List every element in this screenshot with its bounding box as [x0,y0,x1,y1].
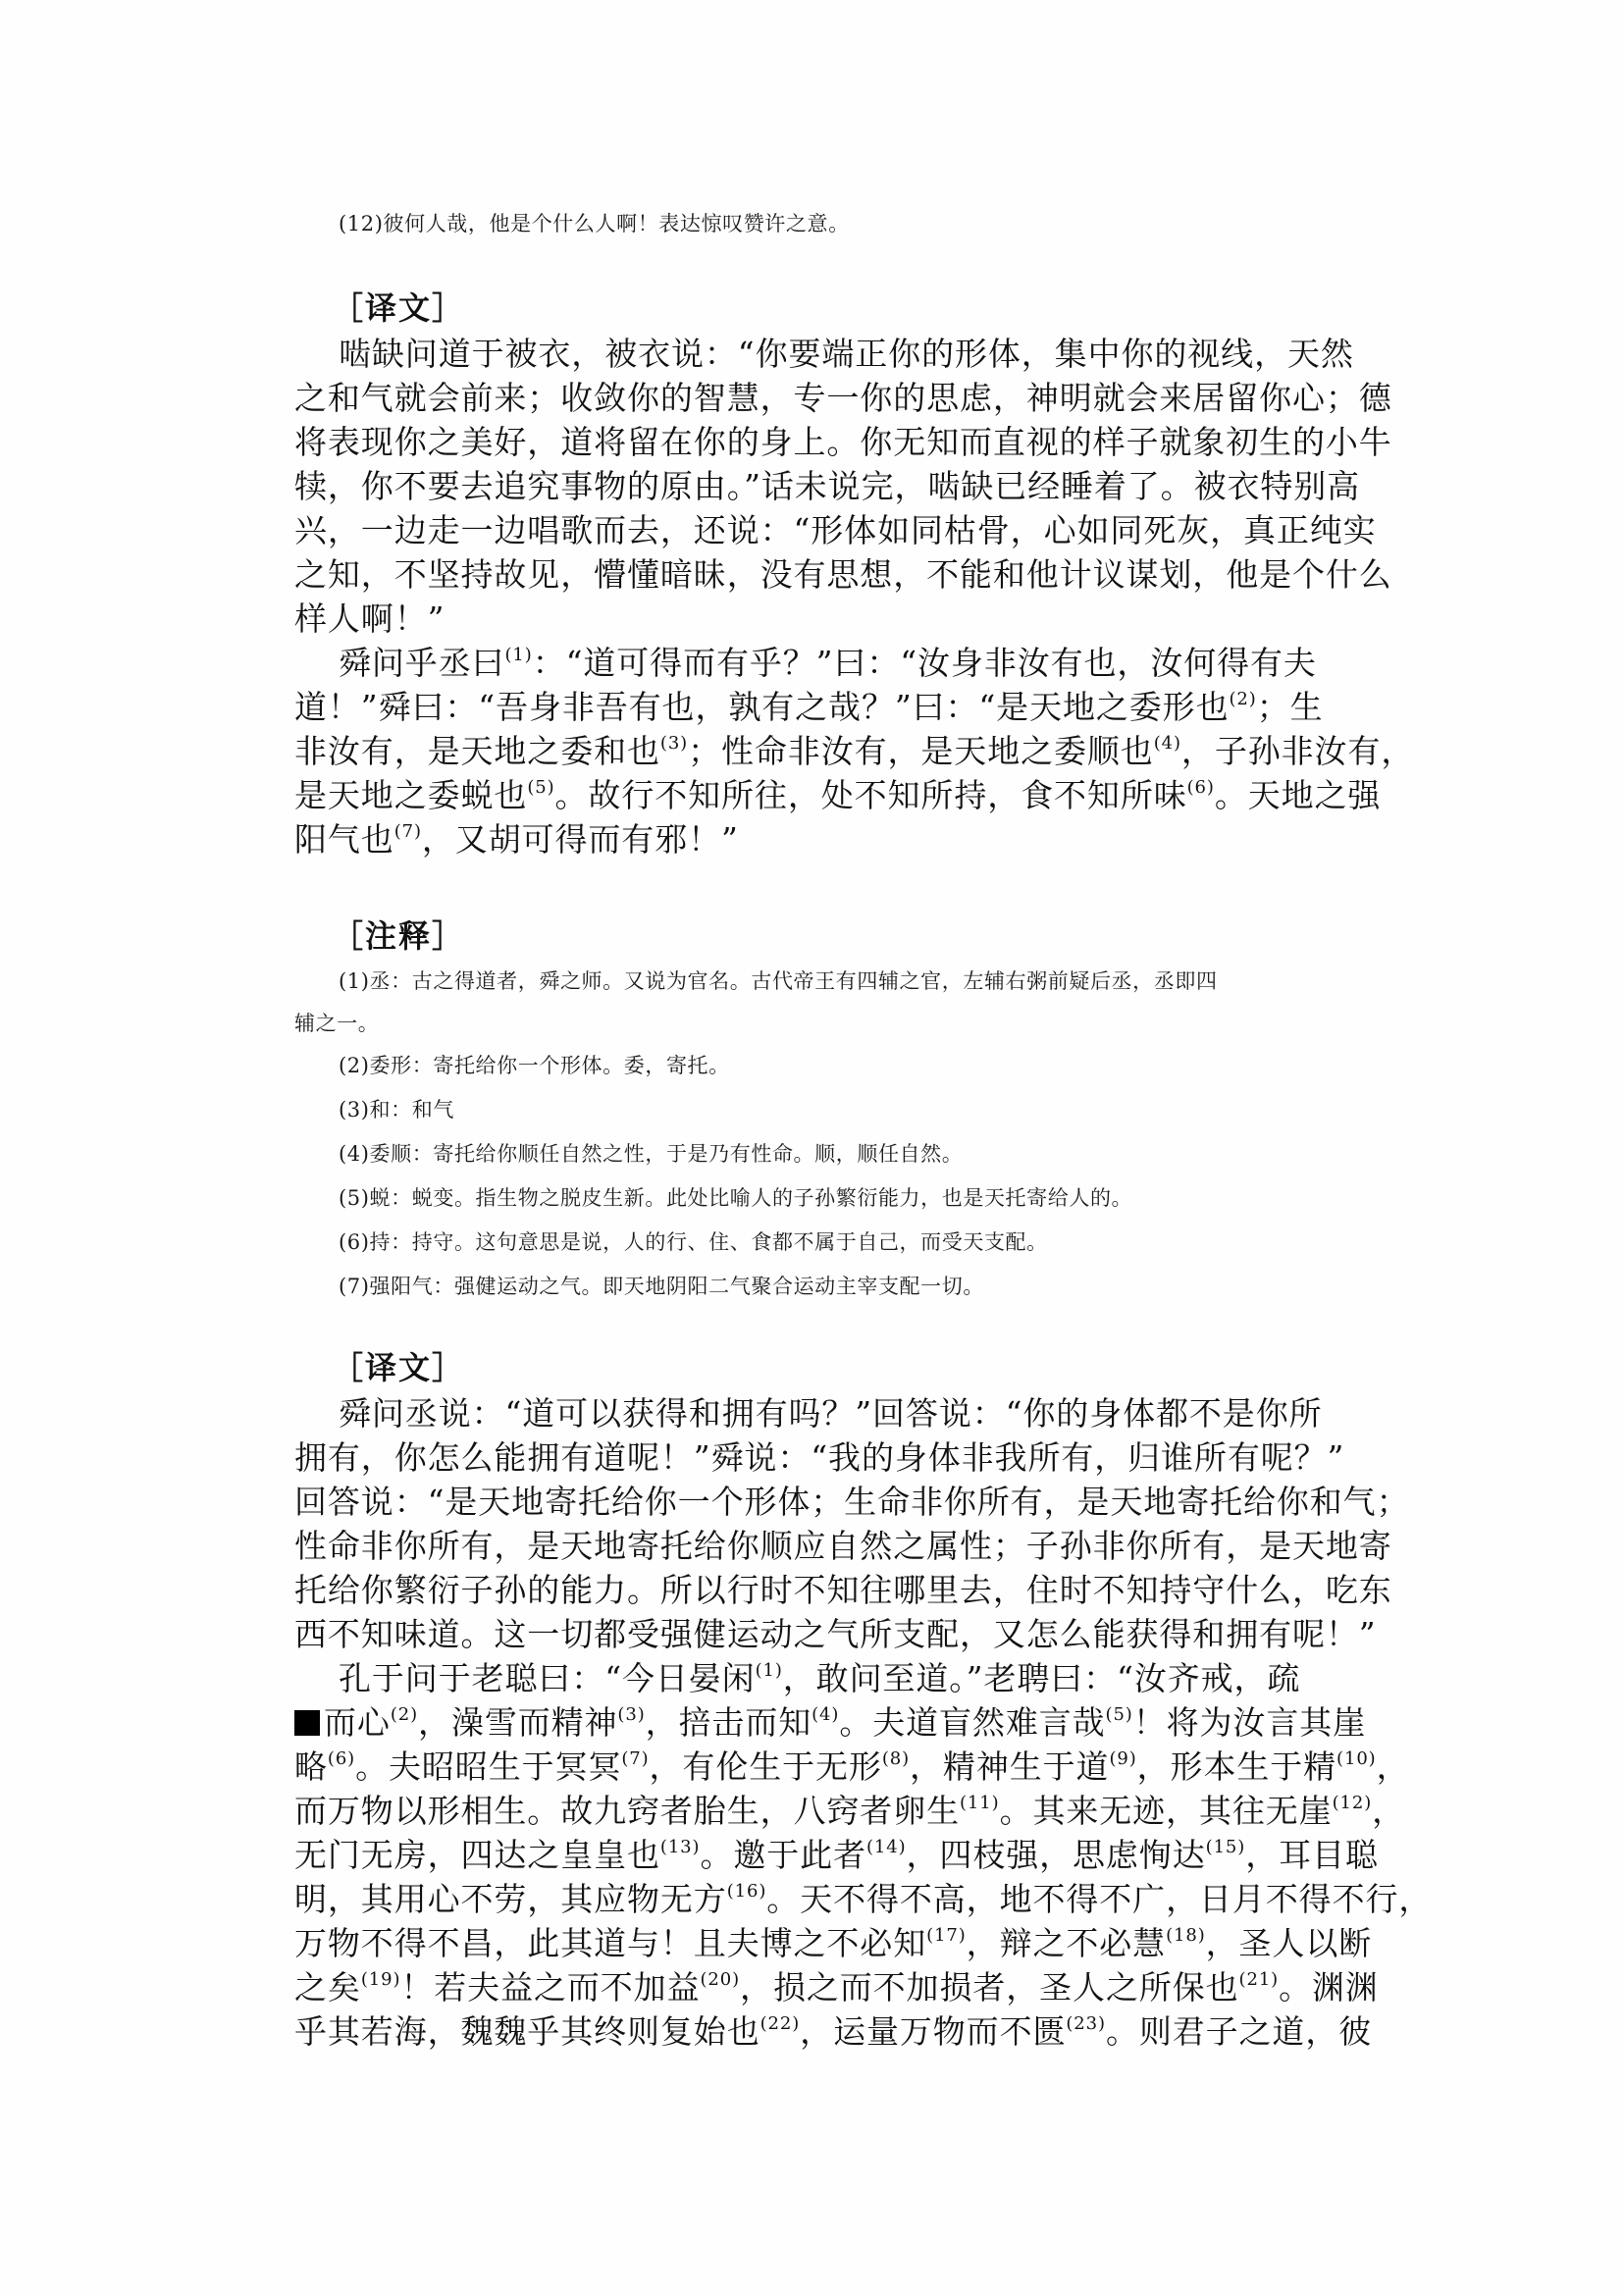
translation-1-line: 兴，一边走一边唱歌而去，还说：“形体如同枯骨，心如同死灰，真正纯实 [294,514,1354,547]
footnote-marker: (4) [1154,733,1181,754]
original-text-line: 道！”舜曰：“吾身非吾有也，孰有之哉？”曰：“是天地之委形也(2)；生 [294,691,1354,723]
footnote-marker: (22) [760,2013,801,2034]
section-heading-translation-2: ［译文］ [332,1352,1391,1383]
section-heading-translation-1: ［译文］ [332,292,1391,324]
footnote-marker: (3) [617,1704,645,1725]
footnote-marker: (5) [527,777,554,798]
footnote-marker: (3) [660,733,688,754]
footnote-marker: (7) [621,1748,649,1769]
footnote-marker: (5) [1106,1704,1133,1725]
footnote-marker: (9) [1109,1748,1136,1769]
original-text-line: 而心(2)，澡雪而精神(3)，掊击而知(4)。夫道盲然难言哉(5)！将为汝言其崖 [294,1706,1354,1739]
translation-1-line: 之知，不坚持故见，懵懂暗昧，没有思想，不能和他计议谋划，他是个什么 [294,558,1354,591]
footnote-marker: (23) [1066,2013,1106,2034]
translation-2-line: 回答说：“是天地寄托给你一个形体；生命非你所有，是天地寄托给你和气； [294,1486,1354,1518]
footnote-marker: (11) [960,1793,1000,1813]
original-text-line: 无门无房，四达之皇皇也(13)。邀于此者(14)，四枝强，思虑恂达(15)，耳目… [294,1839,1354,1871]
footnote-marker: (6) [328,1748,355,1769]
note-item-continuation: 辅之一。 [294,1014,1354,1034]
original-text-line: 舜问乎丞曰(1)：“道可得而有乎？”曰：“汝身非汝有也，汝何得有夫 [339,647,1398,679]
translation-2-line: 性命非你所有，是天地寄托给你顺应自然之属性；子孙非你所有，是天地寄 [294,1530,1354,1562]
note-item: (6)持：持守。这句意思是说，人的行、住、食都不属于自己，而受天支配。 [339,1232,1398,1253]
footnote-marker: (1) [756,1660,783,1681]
original-text-line: 非汝有，是天地之委和也(3)；性命非汝有，是天地之委顺也(4)，子孙非汝有， [294,735,1354,767]
footnote-marker: (19) [361,1969,401,1990]
note-item: (5)蜕：蜕变。指生物之脱皮生新。此处比喻人的子孙繁衍能力，也是天托寄给人的。 [339,1188,1398,1209]
footnote-marker: (8) [882,1748,910,1769]
translation-1-line: 样人啊！” [294,602,1354,635]
footnote-marker: (7) [394,821,422,842]
footnote-marker: (6) [1187,777,1215,798]
footnote-marker: (20) [700,1969,740,1990]
footnote-marker: (2) [391,1704,418,1725]
footnote-marker: (18) [1166,1925,1206,1946]
footnote-marker: (10) [1336,1748,1377,1769]
translation-2-line: 拥有，你怎么能拥有道呢！”舜说：“我的身体非我所有，归谁所有呢？” [294,1441,1354,1474]
translation-1-line: 之和气就会前来；收敛你的智慧，专一你的思虑，神明就会来居留你心；德 [294,382,1354,414]
translation-1-line: 啮缺问道于被衣，被衣说：“你要端正你的形体，集中你的视线，天然 [339,338,1398,370]
footnote-marker: (21) [1239,1969,1280,1990]
note-item: (4)委顺：寄托给你顺任自然之性，于是乃有性命。顺，顺任自然。 [339,1144,1398,1165]
footnote-12: (12)彼何人哉，他是个什么人啊！表达惊叹赞许之意。 [339,214,1398,235]
original-text-line: 略(6)。夫昭昭生于冥冥(7)，有伦生于无形(8)，精神生于道(9)，形本生于精… [294,1750,1354,1783]
footnote-marker: (2) [1229,689,1256,709]
footnote-marker: (15) [1206,1837,1246,1857]
original-text-line: 孔于问于老聪曰：“今日晏闲(1)，敢问至道。”老聘曰：“汝齐戒，疏 [339,1662,1398,1694]
section-heading-notes: ［注释］ [332,920,1391,952]
original-text-line: 阳气也(7)，又胡可得而有邪！” [294,823,1354,856]
translation-1-line: 犊，你不要去追究事物的原由。”话未说完，啮缺已经睡着了。被衣特别高 [294,470,1354,502]
footnote-marker: (4) [812,1704,839,1725]
note-item: (1)丞：古之得道者，舜之师。又说为官名。古代帝王有四辅之官，左辅右粥前疑后丞，… [339,971,1398,992]
original-text-line: 乎其若海，魏魏乎其终则复始也(22)，运量万物而不匮(23)。则君子之道，彼 [294,2015,1354,2048]
original-text-line: 明，其用心不劳，其应物无方(16)。天不得不高，地不得不广，日月不得不行， [294,1883,1354,1915]
note-item: (7)强阳气：强健运动之气。即天地阴阳二气聚合运动主宰支配一切。 [339,1277,1398,1297]
footnote-marker: (12) [1333,1793,1373,1813]
original-text-line: 万物不得不昌，此其道与！且夫博之不必知(17)，辩之不必慧(18)，圣人以断 [294,1927,1354,1959]
translation-2-line: 西不知味道。这一切都受强健运动之气所支配，又怎么能获得和拥有呢！” [294,1618,1354,1650]
document-page: (12)彼何人哉，他是个什么人啊！表达惊叹赞许之意。 ［译文］ 啮缺问道于被衣，… [0,0,1624,2294]
translation-2-line: 托给你繁衍子孙的能力。所以行时不知往哪里去，住时不知持守什么，吃东 [294,1574,1354,1606]
translation-1-line: 将表现你之美好，道将留在你的身上。你无知而直视的样子就象初生的小牛 [294,426,1354,458]
footnote-marker: (13) [660,1837,701,1857]
original-text-line: 之矣(19)！若夫益之而不加益(20)，损之而不加损者，圣人之所保也(21)。渊… [294,1971,1354,2004]
original-text-line: 而万物以形相生。故九窍者胎生，八窍者卵生(11)。其来无迹，其往无崖(12)， [294,1795,1354,1827]
footnote-marker: (14) [866,1837,907,1857]
footnote-marker: (1) [505,645,533,665]
original-text-line: 是天地之委蜕也(5)。故行不知所往，处不知所持，食不知所味(6)。天地之强 [294,779,1354,811]
note-item: (3)和：和气 [339,1100,1398,1121]
translation-2-line: 舜问丞说：“道可以获得和拥有吗？”回答说：“你的身体都不是你所 [339,1397,1398,1430]
note-item: (2)委形：寄托给你一个形体。委，寄托。 [339,1056,1398,1076]
missing-glyph-block [294,1710,320,1736]
footnote-marker: (16) [727,1881,767,1902]
footnote-marker: (17) [926,1925,967,1946]
